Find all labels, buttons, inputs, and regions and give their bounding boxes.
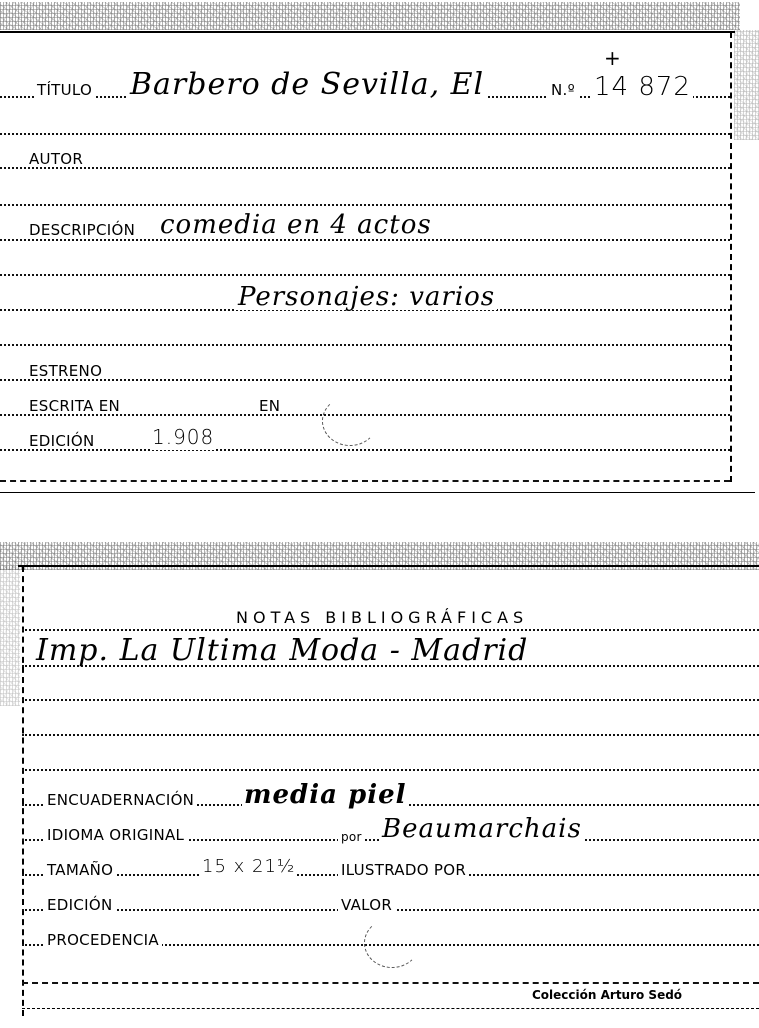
stamp-mark bbox=[322, 396, 378, 446]
catalog-card-front: TÍTULO Barbero de Sevilla, El N.º 14 872… bbox=[0, 0, 759, 500]
card-right-edge bbox=[730, 32, 732, 482]
en-label: EN bbox=[256, 398, 283, 414]
ruled-line bbox=[22, 734, 759, 736]
ruled-line bbox=[0, 133, 730, 135]
idioma-original-label: IDIOMA ORIGINAL bbox=[44, 827, 187, 843]
estreno-label: ESTRENO bbox=[26, 363, 105, 379]
titulo-value: Barbero de Sevilla, El bbox=[128, 72, 486, 98]
encuadernacion-value: media piel bbox=[242, 782, 408, 808]
titulo-label: TÍTULO bbox=[34, 82, 95, 98]
ruled-line bbox=[0, 204, 730, 206]
ruled-line bbox=[22, 699, 759, 701]
edicion-back-label: EDICIÓN bbox=[44, 897, 115, 913]
catalog-card-back: NOTAS BIBLIOGRÁFICAS Imp. La Ultima Moda… bbox=[0, 520, 759, 1028]
descripcion-label: DESCRIPCIÓN bbox=[26, 222, 138, 238]
numero-mark: + bbox=[604, 46, 621, 70]
card-bottom-edge bbox=[22, 1008, 759, 1009]
ruled-line bbox=[0, 167, 730, 169]
stamp-mark bbox=[364, 918, 420, 968]
valor-label: VALOR bbox=[338, 897, 395, 913]
ruled-line bbox=[0, 449, 730, 451]
tamano-value: 15 x 21½ bbox=[200, 854, 297, 880]
encuadernacion-label: ENCUADERNACIÓN bbox=[44, 792, 197, 808]
ruled-line bbox=[22, 982, 759, 984]
ruled-line bbox=[0, 480, 730, 482]
notas-value: Imp. La Ultima Moda - Madrid bbox=[34, 638, 530, 664]
tamano-label: TAMAÑO bbox=[44, 862, 116, 878]
card-top-edge bbox=[0, 31, 735, 33]
ruled-line bbox=[0, 379, 730, 381]
edicion-label: EDICIÓN bbox=[26, 433, 97, 449]
card-left-edge bbox=[22, 566, 24, 1016]
scan-noise-right bbox=[734, 30, 759, 140]
card-bottom-edge bbox=[0, 492, 755, 493]
ruled-line bbox=[22, 629, 759, 631]
scan-noise-left bbox=[0, 566, 20, 706]
scan-noise-border bbox=[0, 2, 740, 30]
ruled-line bbox=[0, 344, 730, 346]
traductor-label: por bbox=[338, 829, 365, 845]
notas-heading: NOTAS BIBLIOGRÁFICAS bbox=[236, 608, 528, 627]
card-top-edge bbox=[18, 565, 759, 567]
procedencia-label: PROCEDENCIA bbox=[44, 932, 162, 948]
numero-value: 14 872 bbox=[592, 74, 693, 100]
numero-label: N.º bbox=[548, 82, 578, 98]
traductor-value: Beaumarchais bbox=[380, 816, 584, 842]
ilustrado-por-label: ILUSTRADO POR bbox=[338, 862, 469, 878]
ruled-line bbox=[22, 769, 759, 771]
descripcion-value: comedia en 4 actos bbox=[158, 212, 434, 238]
escrita-en-label: ESCRITA EN bbox=[26, 398, 123, 414]
autor-label: AUTOR bbox=[26, 151, 86, 167]
edicion-value: 1.908 bbox=[150, 424, 216, 450]
collection-footer: Colección Arturo Sedó bbox=[532, 988, 682, 1002]
ruled-line bbox=[0, 274, 730, 276]
descripcion-extra: Personajes: varios bbox=[236, 284, 497, 310]
